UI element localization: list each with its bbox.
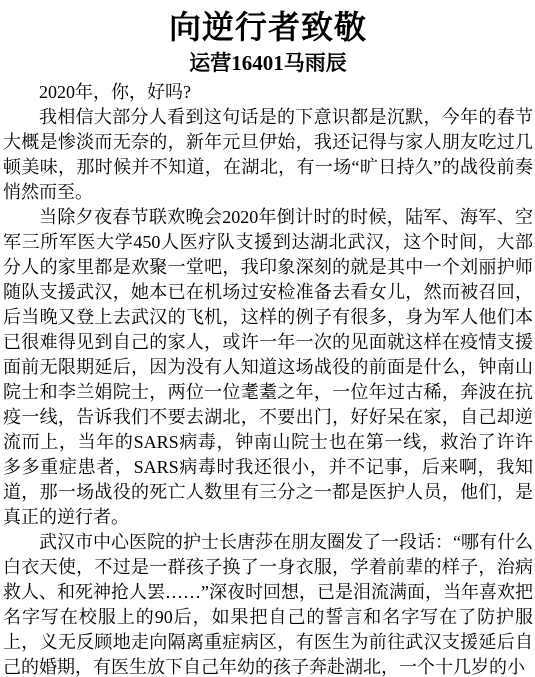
paragraph-1: 我相信大部分人看到这句话是的下意识都是沉默，今年的春节大概是惨淡而无奈的，新年元… [3,105,533,205]
document-body: 2020年，你，好吗? 我相信大部分人看到这句话是的下意识都是沉默，今年的春节大… [3,80,533,677]
document-subtitle: 运营16401马雨辰 [3,48,533,78]
paragraph-2: 当除夕夜春节联欢晚会2020年倒计时的时候，陆军、海军、空军三所军医大学450人… [3,205,533,530]
document-title: 向逆行者致敬 [3,6,533,48]
paragraph-3: 武汉市中心医院的护士长唐莎在朋友圈发了一段话：“哪有什么白衣天使，不过是一群孩子… [3,530,533,677]
document-page: 向逆行者致敬 运营16401马雨辰 2020年，你，好吗? 我相信大部分人看到这… [0,0,535,677]
paragraph-greeting: 2020年，你，好吗? [3,80,533,105]
